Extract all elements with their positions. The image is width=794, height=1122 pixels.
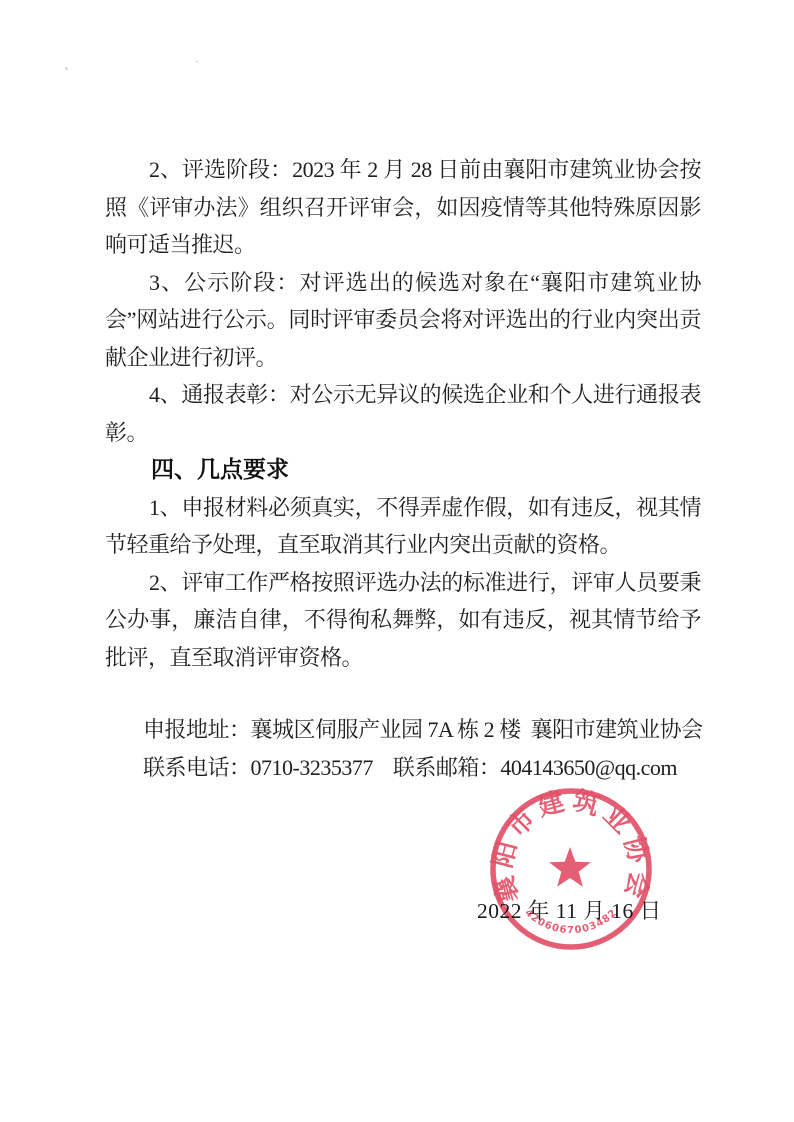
scan-speck: [196, 61, 198, 63]
contact-block: 申报地址：襄城区伺服产业园 7A 栋 2 楼 襄阳市建筑业协会 联系电话：071…: [105, 711, 701, 786]
svg-text:襄阳市建筑业协会: 襄阳市建筑业协会: [487, 785, 655, 906]
paragraph-selection-stage: 2、评选阶段：2023 年 2 月 28 日前由襄阳市建筑业协会按照《评审办法》…: [105, 151, 701, 264]
paragraph-commendation: 4、通报表彰：对公示无异议的候选企业和个人进行通报表彰。: [105, 376, 701, 451]
svg-text:4206067003482: 4206067003482: [522, 907, 619, 936]
document-body: 2、评选阶段：2023 年 2 月 28 日前由襄阳市建筑业协会按照《评审办法》…: [105, 151, 701, 786]
seal-serial-number: 4206067003482: [522, 907, 619, 936]
seal-star-icon: [549, 847, 591, 887]
section-heading-requirements: 四、几点要求: [105, 451, 701, 489]
paragraph-requirement-2: 2、评审工作严格按照评选办法的标准进行，评审人员要秉公办事，廉洁自律，不得徇私舞…: [105, 564, 701, 677]
paragraph-requirement-1: 1、申报材料必须真实，不得弄虚作假，如有违反，视其情节轻重给予处理，直至取消其行…: [105, 489, 701, 564]
paragraph-publicity-stage: 3、公示阶段：对评选出的候选对象在“襄阳市建筑业协会”网站进行公示。同时评审委员…: [105, 264, 701, 377]
contact-phone-email-line: 联系电话：0710-3235377 联系邮箱：404143650@qq.com: [105, 749, 701, 787]
official-seal-graphic: 襄阳市建筑业协会 4206067003482: [486, 784, 656, 954]
document-page: 2、评选阶段：2023 年 2 月 28 日前由襄阳市建筑业协会按照《评审办法》…: [0, 0, 794, 1122]
official-seal: 襄阳市建筑业协会 4206067003482: [486, 784, 656, 954]
contact-address-line: 申报地址：襄城区伺服产业园 7A 栋 2 楼 襄阳市建筑业协会: [105, 711, 701, 749]
scan-speck: [65, 67, 68, 70]
seal-org-name: 襄阳市建筑业协会: [487, 785, 655, 906]
